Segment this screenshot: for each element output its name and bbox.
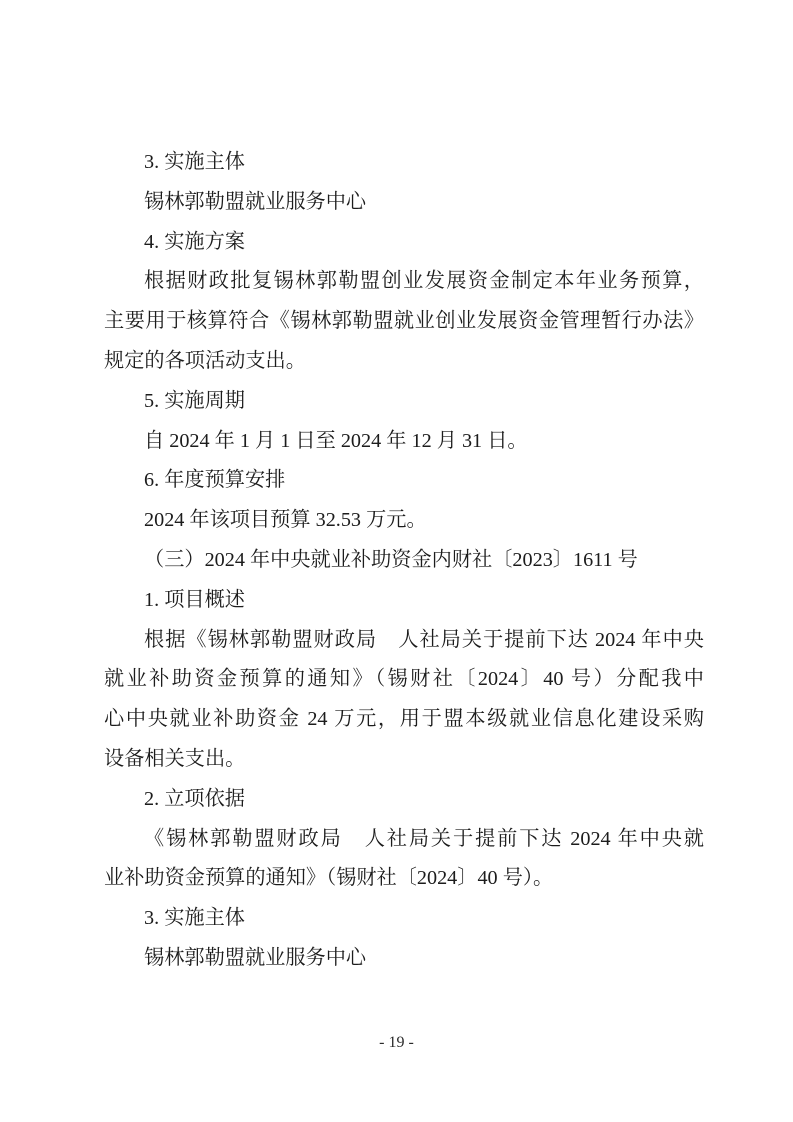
text-line: 业补助资金预算的通知》（锡财社〔2024〕40 号）。 <box>104 859 704 899</box>
text-line: 3. 实施主体 <box>104 143 704 183</box>
paragraph: 2024 年该项目预算 32.53 万元。 <box>104 501 704 541</box>
text-line: 设备相关支出。 <box>104 740 704 780</box>
text-line: 4. 实施方案 <box>104 223 704 263</box>
text-line: 5. 实施周期 <box>104 382 704 422</box>
paragraph: 3. 实施主体 <box>104 899 704 939</box>
paragraph: 根据《锡林郭勒盟财政局 人社局关于提前下达 2024 年中央就业补助资金预算的通… <box>104 621 704 780</box>
paragraph: 1. 项目概述 <box>104 581 704 621</box>
text-line: 就业补助资金预算的通知》（锡财社〔2024〕40 号）分配我中 <box>104 660 704 700</box>
text-line: 《锡林郭勒盟财政局 人社局关于提前下达 2024 年中央就 <box>104 820 704 860</box>
paragraph: 锡林郭勒盟就业服务中心 <box>104 183 704 223</box>
text-line: 6. 年度预算安排 <box>104 461 704 501</box>
text-line: 1. 项目概述 <box>104 581 704 621</box>
paragraph: 2. 立项依据 <box>104 780 704 820</box>
paragraph: 3. 实施主体 <box>104 143 704 183</box>
paragraph: 6. 年度预算安排 <box>104 461 704 501</box>
paragraph: （三）2024 年中央就业补助资金内财社〔2023〕1611 号 <box>104 541 704 581</box>
text-line: 锡林郭勒盟就业服务中心 <box>104 183 704 223</box>
text-line: 规定的各项活动支出。 <box>104 342 704 382</box>
paragraph: 锡林郭勒盟就业服务中心 <box>104 939 704 979</box>
page-number: - 19 - <box>0 1032 793 1054</box>
text-line: 主要用于核算符合《锡林郭勒盟就业创业发展资金管理暂行办法》 <box>104 302 704 342</box>
text-line: 3. 实施主体 <box>104 899 704 939</box>
document-page: 3. 实施主体锡林郭勒盟就业服务中心4. 实施方案根据财政批复锡林郭勒盟创业发展… <box>0 0 793 1122</box>
text-line: 心中央就业补助资金 24 万元，用于盟本级就业信息化建设采购 <box>104 700 704 740</box>
text-line: 自 2024 年 1 月 1 日至 2024 年 12 月 31 日。 <box>104 422 704 462</box>
paragraph: 5. 实施周期 <box>104 382 704 422</box>
text-line: 根据《锡林郭勒盟财政局 人社局关于提前下达 2024 年中央 <box>104 621 704 661</box>
paragraph: 根据财政批复锡林郭勒盟创业发展资金制定本年业务预算，主要用于核算符合《锡林郭勒盟… <box>104 262 704 381</box>
text-line: （三）2024 年中央就业补助资金内财社〔2023〕1611 号 <box>104 541 704 581</box>
document-body: 3. 实施主体锡林郭勒盟就业服务中心4. 实施方案根据财政批复锡林郭勒盟创业发展… <box>104 143 704 979</box>
text-line: 2. 立项依据 <box>104 780 704 820</box>
text-line: 根据财政批复锡林郭勒盟创业发展资金制定本年业务预算， <box>104 262 704 302</box>
paragraph: 4. 实施方案 <box>104 223 704 263</box>
text-line: 2024 年该项目预算 32.53 万元。 <box>104 501 704 541</box>
text-line: 锡林郭勒盟就业服务中心 <box>104 939 704 979</box>
paragraph: 《锡林郭勒盟财政局 人社局关于提前下达 2024 年中央就业补助资金预算的通知》… <box>104 820 704 900</box>
paragraph: 自 2024 年 1 月 1 日至 2024 年 12 月 31 日。 <box>104 422 704 462</box>
